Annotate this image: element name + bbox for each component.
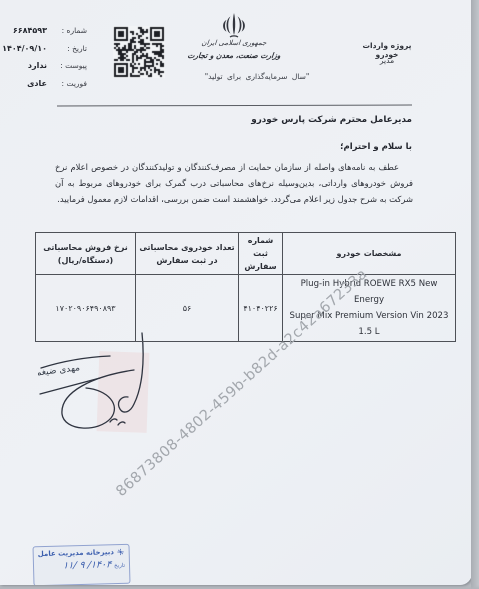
cell-price: ۱۷۰۲۰۹۰۶۴۹۰۸۹۳ xyxy=(36,275,136,342)
vehicle-rates-table: مشخصات خودرو شماره ثبت سفارش تعداد خودرو… xyxy=(35,232,456,342)
urgency-value: عادی xyxy=(27,79,47,88)
stamp-title: دبیرخانه مدیریت عامل xyxy=(38,548,114,558)
date-value: ۱۴۰۴/۰۹/۱۰ xyxy=(2,44,47,53)
number-value: ۶۶۸۴۵۹۳ xyxy=(13,26,47,35)
urgency-row: فوریت : عادی xyxy=(0,79,87,97)
stamp-date-value: ۱۴۰۴/ ۹ /۱۱ xyxy=(62,559,111,571)
header-divider xyxy=(57,105,412,107)
number-label: شماره : xyxy=(51,26,87,35)
table-row: Plug-in Hybrid ROEWE RX5 New Energy Supe… xyxy=(36,275,456,342)
secretariat-stamp: دبیرخانه مدیریت عامل تاریخ ۱۴۰۴/ ۹ /۱۱ xyxy=(32,544,130,585)
signature-name: مهدی ضیغمی xyxy=(38,363,81,379)
letter-meta-block: شماره : ۶۶۸۴۵۹۳ تاریخ : ۱۴۰۴/۰۹/۱۰ پیوست… xyxy=(0,26,87,96)
attachment-value: ندارد xyxy=(28,61,47,70)
col-header-price: نرخ فروش محاسباتی (دستگاه/ریال) xyxy=(36,233,136,275)
ministry-title: وزارت صنعت، معدن و تجارت xyxy=(168,51,301,60)
letter-page: شماره : ۶۶۸۴۵۹۳ تاریخ : ۱۴۰۴/۰۹/۱۰ پیوست… xyxy=(0,0,472,585)
salutation-line: با سلام و احترام؛ xyxy=(56,142,412,152)
letter-body: عطف به نامه‌های واصله از سازمان حمایت از… xyxy=(55,159,413,207)
cell-vehicle-count: ۵۶ xyxy=(136,275,239,342)
table-header-row: مشخصات خودرو شماره ثبت سفارش تعداد خودرو… xyxy=(36,233,456,275)
recipient-line: مدیرعامل محترم شرکت پارس خودرو xyxy=(56,115,412,125)
stamp-title-row: دبیرخانه مدیریت عامل xyxy=(38,547,125,559)
signature: مهدی ضیغمی xyxy=(38,330,168,438)
date-label: تاریخ : xyxy=(51,44,87,53)
letter-date-row: تاریخ : ۱۴۰۴/۰۹/۱۰ xyxy=(0,44,87,62)
cell-order-number: ۴۱۰۴۰۲۲۶ xyxy=(239,275,283,342)
urgency-label: فوریت : xyxy=(51,79,87,88)
republic-title: جمهوری اسلامی ایران xyxy=(173,39,296,47)
scan-edge-right xyxy=(471,0,479,589)
qr-code xyxy=(113,26,165,78)
stamp-logo-icon xyxy=(117,547,125,557)
sender-role: مدیر xyxy=(350,56,424,65)
cell-vehicle-specs: Plug-in Hybrid ROEWE RX5 New Energy Supe… xyxy=(283,275,456,342)
scan-edge-bottom xyxy=(0,585,479,589)
attachment-row: پیوست : ندارد xyxy=(0,61,87,79)
year-slogan: "سال سرمایه‌گذاری برای تولید" xyxy=(182,72,332,81)
col-header-specs: مشخصات خودرو xyxy=(283,233,456,275)
iran-emblem-icon xyxy=(219,11,249,39)
scanned-letter: شماره : ۶۶۸۴۵۹۳ تاریخ : ۱۴۰۴/۰۹/۱۰ پیوست… xyxy=(0,0,479,589)
letter-number-row: شماره : ۶۶۸۴۵۹۳ xyxy=(0,26,87,44)
stamp-date-label: تاریخ xyxy=(114,563,125,569)
stamp-date-row: تاریخ ۱۴۰۴/ ۹ /۱۱ xyxy=(38,559,125,572)
col-header-count: تعداد خودروی محاسباتی در ثبت سفارش xyxy=(136,233,239,275)
col-header-order: شماره ثبت سفارش xyxy=(239,233,283,275)
attachment-label: پیوست : xyxy=(51,61,87,70)
